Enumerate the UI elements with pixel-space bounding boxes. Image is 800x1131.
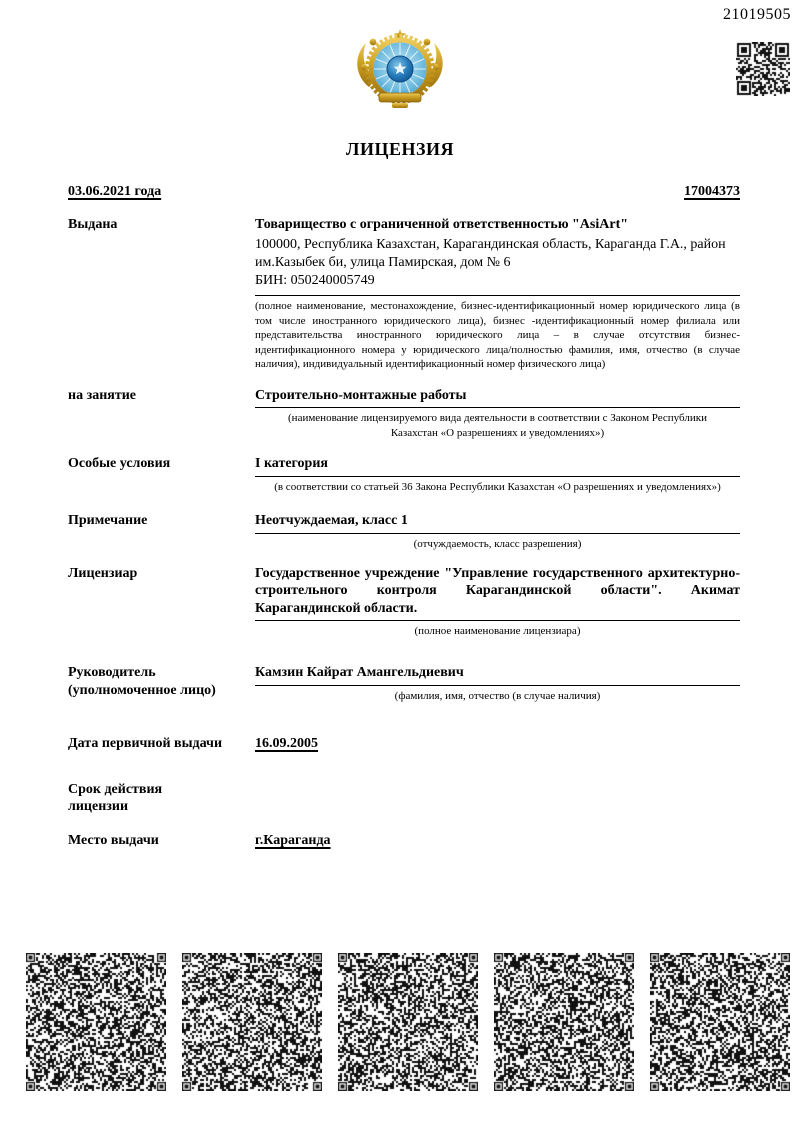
form-number: 21019505 [723, 6, 791, 24]
remark-value: Неотчуждаемая, класс 1 [255, 512, 740, 534]
issued-to-bin: БИН: 050240005749 [255, 272, 740, 290]
validity-label: Срок действия лицензии [68, 781, 255, 816]
licensor-value: Государственное учреждение "Управление г… [255, 565, 740, 622]
field-remark: Примечание Неотчуждаемая, класс 1 (отчуж… [68, 512, 740, 551]
head-note: (фамилия, имя, отчество (в случае наличи… [255, 689, 740, 704]
issue-date: 03.06.2021 года [68, 183, 161, 201]
first-issue-label: Дата первичной выдачи [68, 735, 255, 753]
issue-place-value: г.Караганда [255, 832, 331, 850]
first-issue-value: 16.09.2005 [255, 735, 318, 753]
security-barcode-2 [182, 953, 322, 1091]
security-barcode-4 [494, 953, 634, 1091]
document-title: ЛИЦЕНЗИЯ [0, 139, 800, 160]
remark-label: Примечание [68, 512, 255, 530]
divider-line [255, 295, 740, 296]
field-activity: на занятие Строительно-монтажные работы … [68, 387, 740, 441]
special-conditions-note: (в соответствии со статьей 36 Закона Рес… [255, 480, 740, 495]
issue-place-label: Место выдачи [68, 832, 255, 850]
validity-label-line1: Срок действия [68, 781, 245, 799]
activity-note: (наименование лицензируемого вида деятел… [255, 411, 740, 440]
qr-code [736, 42, 790, 96]
issued-to-note: (полное наименование, местонахождение, б… [255, 299, 740, 372]
head-label-line1: Руководитель [68, 664, 245, 682]
kazakhstan-emblem-icon [352, 29, 448, 111]
date-number-row: 03.06.2021 года 17004373 [68, 183, 740, 201]
security-barcode-3 [338, 953, 478, 1091]
field-issued-to: Выдана Товарищество с ограниченной ответ… [68, 216, 740, 372]
head-value: Камзин Кайрат Амангельдиевич [255, 664, 740, 686]
licensor-label: Лицензиар [68, 565, 255, 583]
validity-label-line2: лицензии [68, 798, 245, 816]
field-special-conditions: Особые условия I категория (в соответств… [68, 455, 740, 494]
field-validity: Срок действия лицензии [68, 781, 740, 816]
security-barcode-1 [26, 953, 166, 1091]
security-barcode-5 [650, 953, 790, 1091]
special-conditions-value: I категория [255, 455, 740, 477]
security-barcode-strip [26, 953, 790, 1091]
special-conditions-label: Особые условия [68, 455, 255, 473]
head-label-line2: (уполномоченное лицо) [68, 682, 245, 700]
field-first-issue-date: Дата первичной выдачи 16.09.2005 [68, 735, 740, 753]
head-label: Руководитель (уполномоченное лицо) [68, 664, 255, 699]
document-body: 03.06.2021 года 17004373 Выдана Товарище… [68, 183, 740, 850]
issued-to-name: Товарищество с ограниченной ответственно… [255, 216, 740, 234]
remark-note: (отчуждаемость, класс разрешения) [255, 537, 740, 552]
field-head: Руководитель (уполномоченное лицо) Камзи… [68, 664, 740, 703]
field-issue-place: Место выдачи г.Караганда [68, 832, 740, 850]
issued-to-label: Выдана [68, 216, 255, 234]
field-licensor: Лицензиар Государственное учреждение "Уп… [68, 565, 740, 639]
issued-to-address: 100000, Республика Казахстан, Карагандин… [255, 236, 740, 271]
licensor-note: (полное наименование лицензиара) [255, 624, 740, 639]
activity-value: Строительно-монтажные работы [255, 387, 740, 409]
license-number: 17004373 [684, 183, 740, 201]
activity-label: на занятие [68, 387, 255, 405]
license-document: 21019505 [0, 0, 800, 1131]
